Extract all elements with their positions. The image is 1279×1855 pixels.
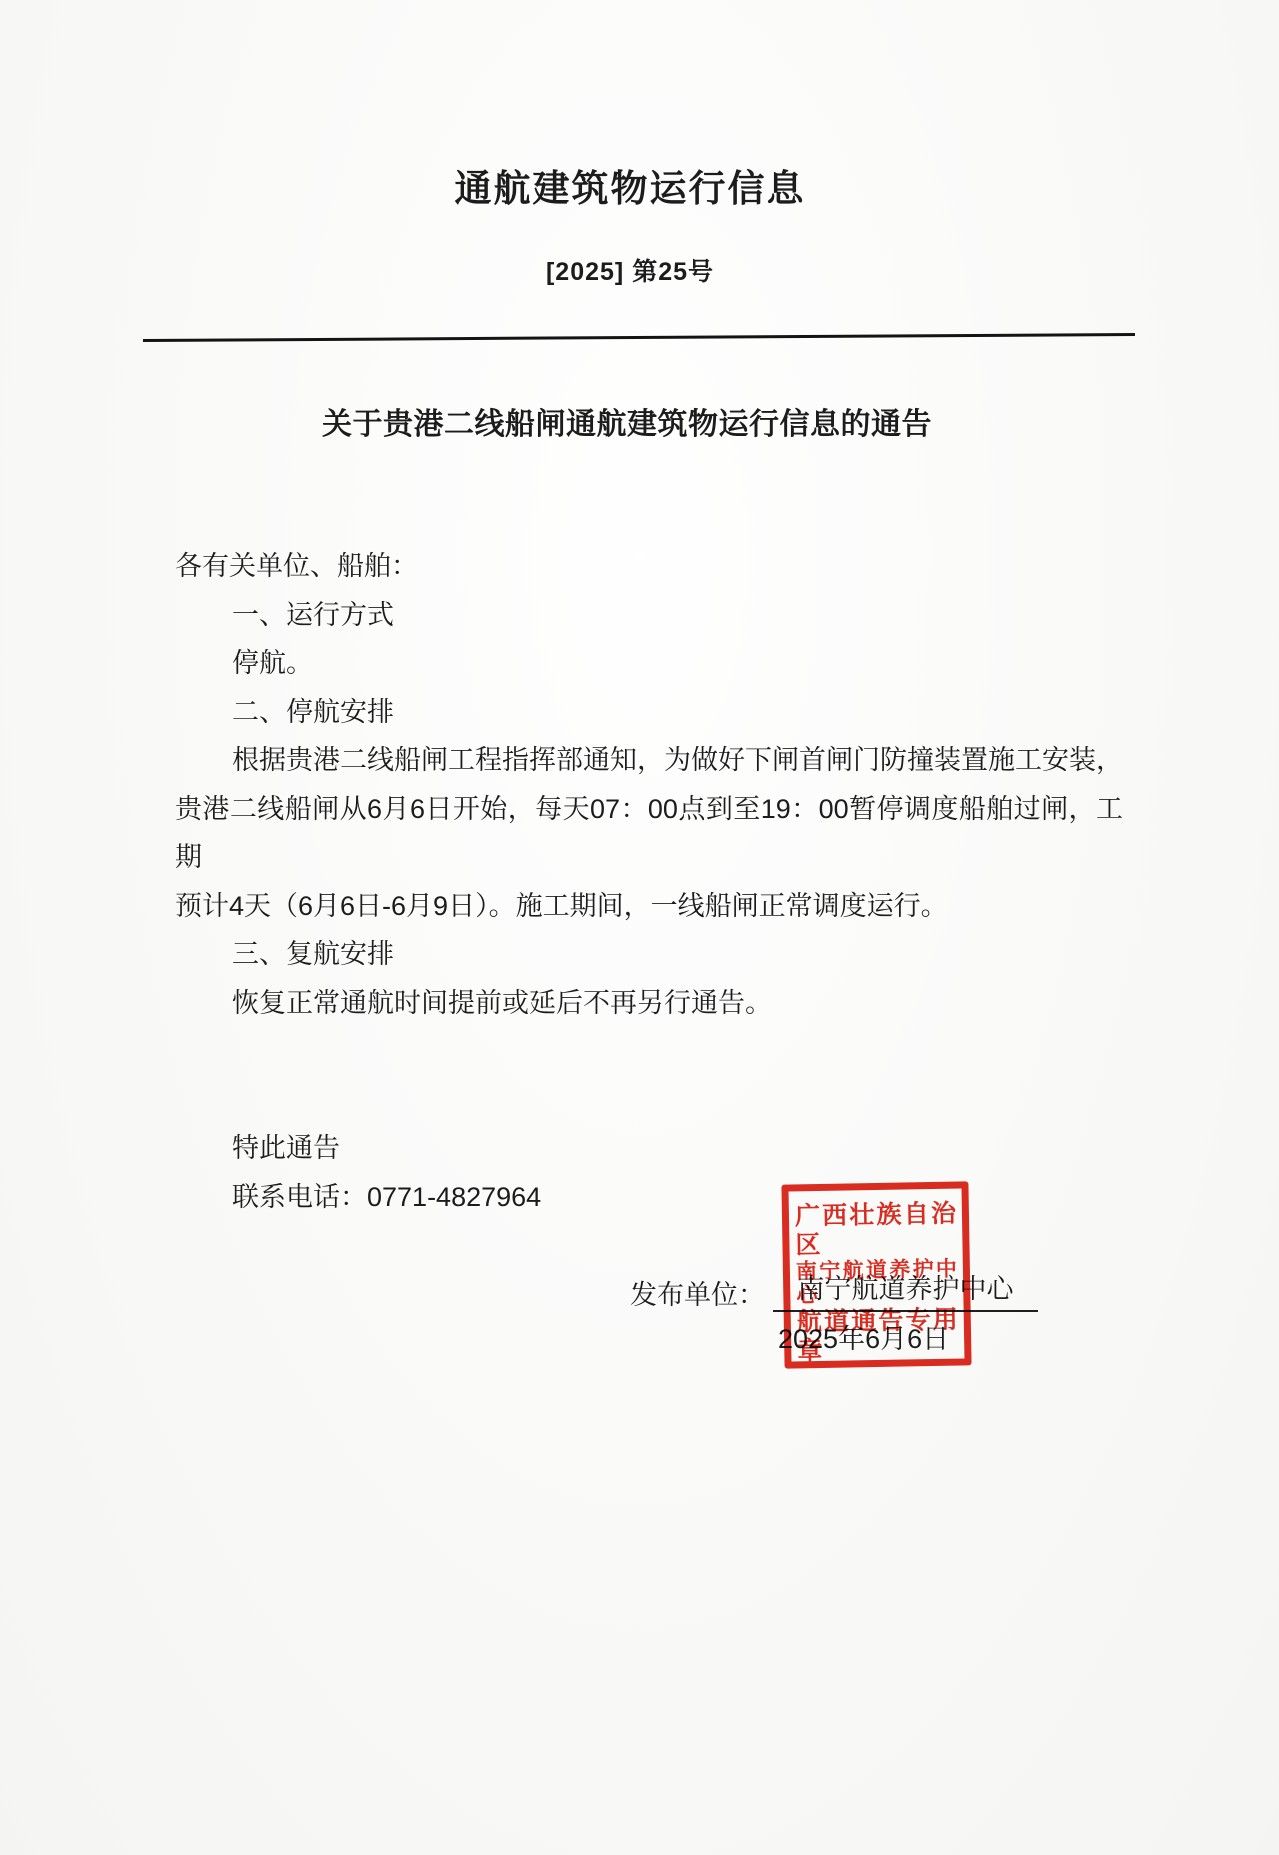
- notice-title: 关于贵港二线船闸通航建筑物运行信息的通告: [0, 399, 1254, 443]
- closing-statement: 特此通告: [175, 1124, 1123, 1173]
- document-page: 通航建筑物运行信息 [2025] 第25号 关于贵港二线船闸通航建筑物运行信息的…: [0, 0, 1279, 1855]
- section-1-content: 停航。: [175, 639, 1123, 688]
- seal-line-3: 航道通告专用章: [797, 1305, 959, 1365]
- seal-line-1: 广西壮族自治区: [795, 1200, 957, 1260]
- section-3-heading: 三、复航安排: [175, 930, 1123, 979]
- document-number: [2025] 第25号: [0, 252, 1260, 288]
- seal-line-2: 南宁航道养护中心: [796, 1257, 958, 1308]
- section-1-heading: 一、运行方式: [175, 591, 1123, 640]
- document-title: 通航建筑物运行信息: [0, 158, 1260, 212]
- issuer-label: 发布单位：: [630, 1278, 765, 1312]
- section-2-paragraph-line: 贵港二线船闸从6月6日开始，每天07：00点到至19：00暂停调度船舶过闸，工期: [175, 785, 1123, 882]
- vertical-spacer: [175, 1027, 1123, 1124]
- divider-line: [143, 333, 1135, 342]
- section-2-paragraph-line: 根据贵港二线船闸工程指挥部通知，为做好下闸首闸门防撞装置施工安装，: [175, 736, 1123, 785]
- contact-phone: 联系电话：0771-4827964: [175, 1173, 1123, 1222]
- notice-body: 各有关单位、船舶： 一、运行方式 停航。 二、停航安排 根据贵港二线船闸工程指挥…: [175, 542, 1123, 1221]
- official-seal-stamp: 广西壮族自治区 南宁航道养护中心 航道通告专用章: [781, 1181, 971, 1368]
- section-3-content: 恢复正常通航时间提前或延后不再另行通告。: [175, 979, 1123, 1028]
- section-2-paragraph-line: 预计4天（6月6日-6月9日）。施工期间，一线船闸正常调度运行。: [175, 882, 1123, 931]
- salutation: 各有关单位、船舶：: [175, 542, 1123, 591]
- section-2-heading: 二、停航安排: [175, 688, 1123, 737]
